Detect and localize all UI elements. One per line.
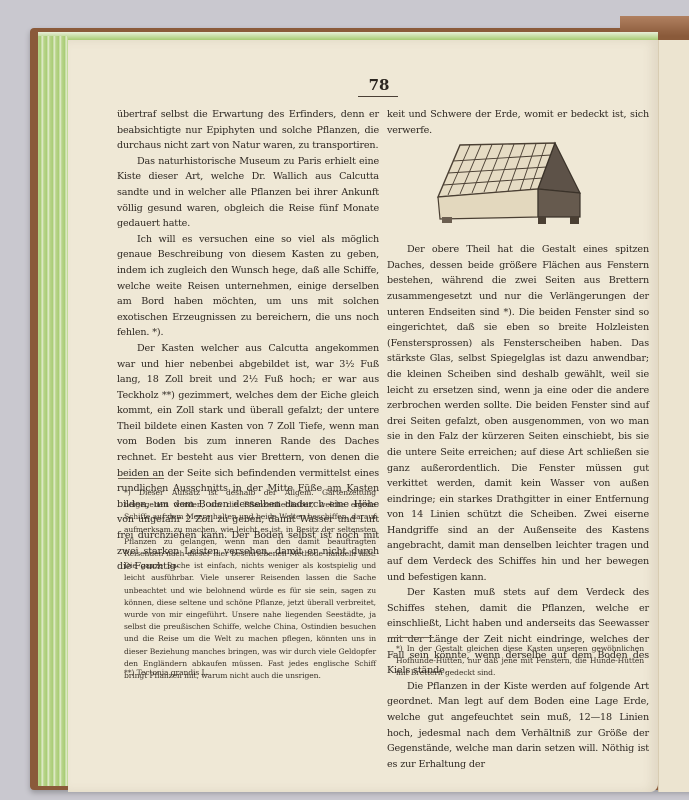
page-number: 78 [364,76,394,94]
paragraph: Ich will es versuchen eine so viel als m… [117,232,379,341]
paragraph: Die Pflanzen in der Kiste werden auf fol… [387,679,649,773]
paragraph: keit und Schwere der Erde, womit er bede… [387,107,649,138]
page-stack-top-edge [38,32,658,40]
facing-page-edge [658,40,689,792]
footnotes-right: *) In der Gestalt gleichen diese Kasten … [396,643,644,680]
footnotes-left-2: **) Tectonia grandis L. [124,667,376,679]
footnote-rule [118,478,164,479]
header-rule [358,96,398,97]
footnote-rule [388,637,434,638]
paragraph: Das naturhistorische Museum zu Paris erh… [117,154,379,232]
footnote: **) Tectonia grandis L. [124,667,376,679]
paragraph: Der obere Theil hat die Gestalt eines sp… [387,242,649,585]
wardian-case-illustration-icon [420,137,595,225]
footnote: *) Dieser Aufsatz ist deshalb der Allgem… [124,487,376,682]
paragraph: übertraf selbst die Erwartung des Erfind… [117,107,379,154]
footnotes-left: *) Dieser Aufsatz ist deshalb der Allgem… [124,487,376,682]
page-stack-left-edge [38,36,68,786]
footnote: *) In der Gestalt gleichen diese Kasten … [396,643,644,680]
